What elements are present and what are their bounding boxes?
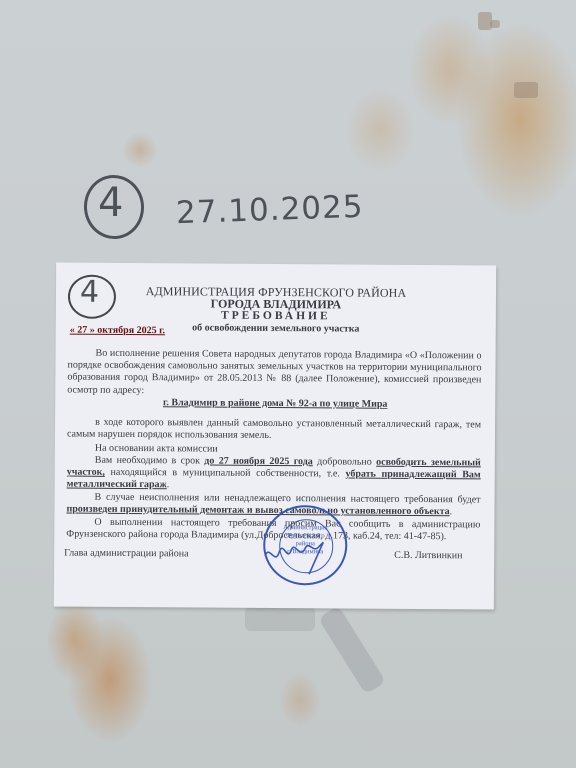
eviction-notice: 4 АДМИНИСТРАЦИЯ ФРУНЗЕНСКОГО РАЙОНА ГОРО… bbox=[54, 262, 496, 609]
paragraph-consequence: В случае неисполнения или ненадлежащего … bbox=[66, 492, 480, 519]
signatory-title: Глава администрации района bbox=[64, 548, 188, 560]
text: . bbox=[167, 480, 170, 491]
peeled-paint bbox=[490, 20, 500, 28]
handwritten-signature bbox=[261, 526, 341, 577]
address: г. Владимир в районе дома № 92-а по улиц… bbox=[55, 396, 495, 410]
text: находящийся в муниципальной собственност… bbox=[105, 467, 346, 480]
text: Вам необходимо в срок bbox=[95, 455, 205, 467]
text: добровольно bbox=[313, 456, 376, 467]
consequence: произведен принудительный демонтаж и выв… bbox=[66, 504, 449, 518]
peeled-paint bbox=[514, 82, 538, 98]
signatory-name: С.В. Литвинкин bbox=[394, 550, 462, 561]
handwritten-date: 27.10.2025 bbox=[175, 189, 364, 232]
deadline: до 27 ноября 2025 года bbox=[204, 456, 313, 468]
paragraph-finding: в ходе которого выявлен данный самовольн… bbox=[67, 417, 481, 444]
paragraph-basis: Во исполнение решения Совета народных де… bbox=[67, 348, 481, 400]
document-date: « 27 » октября 2025 г. bbox=[70, 325, 165, 337]
handwritten-number: 4 bbox=[98, 180, 123, 226]
paint-patch bbox=[245, 606, 315, 631]
text: . bbox=[450, 506, 453, 517]
paragraph-demand: Вам необходимо в срок до 27 ноября 2025 … bbox=[67, 455, 481, 494]
